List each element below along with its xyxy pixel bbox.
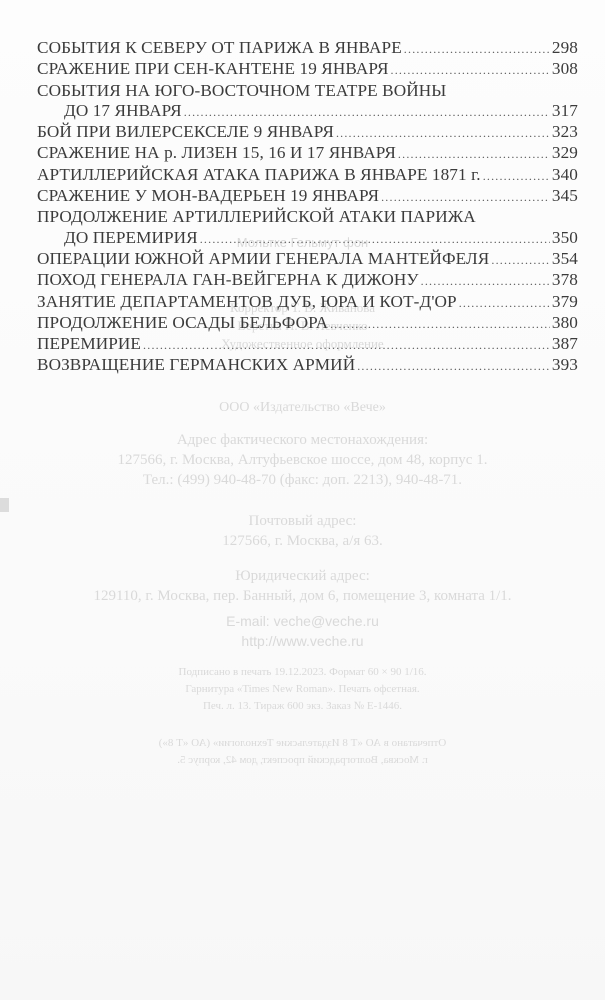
toc-entry-title: ПРОДОЛЖЕНИЕ ОСАДЫ БЕЛЬФОРА xyxy=(37,313,328,333)
toc-entry[interactable]: ПЕРЕМИРИЕ387 xyxy=(37,334,578,355)
toc-entry-title: СРАЖЕНИЕ НА р. ЛИЗЕН 15, 16 И 17 ЯНВАРЯ xyxy=(37,143,396,163)
book-page: Мольтке Гельмут фон Корректор Т. В. Жива… xyxy=(0,0,605,1000)
show-through-line: Юридический адрес: xyxy=(0,568,605,585)
toc-dot-leader xyxy=(143,335,550,355)
toc-page-number: 298 xyxy=(552,38,578,58)
toc-page-number: 329 xyxy=(552,143,578,163)
show-through-line: Адрес фактического местонахождения: xyxy=(0,432,605,449)
page-edge-mark xyxy=(0,498,9,512)
toc-page-number: 323 xyxy=(552,122,578,142)
toc-entry[interactable]: ПОХОД ГЕНЕРАЛА ГАН-ВЕЙГЕРНА К ДИЖОНУ378 xyxy=(37,270,578,291)
show-through-line: 127566, г. Москва, Алтуфьевское шоссе, д… xyxy=(0,452,605,469)
toc-entry-title: АРТИЛЛЕРИЙСКАЯ АТАКА ПАРИЖА В ЯНВАРЕ 187… xyxy=(37,165,481,185)
toc-entry-title: СОБЫТИЯ НА ЮГО-ВОСТОЧНОМ ТЕАТРЕ ВОЙНЫ xyxy=(37,81,446,100)
show-through-line: E-mail: veche@veche.ru xyxy=(0,613,605,629)
toc-page-number: 345 xyxy=(552,186,578,206)
toc-entry[interactable]: СОБЫТИЯ НА ЮГО-ВОСТОЧНОМ ТЕАТРЕ ВОЙНЫДО … xyxy=(37,81,578,123)
toc-page-number: 340 xyxy=(552,165,578,185)
toc-entry-title: ПРОДОЛЖЕНИЕ АРТИЛЛЕРИЙСКОЙ АТАКИ ПАРИЖА xyxy=(37,207,476,226)
show-through-line: ООО «Издательство «Вече» xyxy=(0,400,605,416)
toc-entry-title: БОЙ ПРИ ВИЛЕРСЕКСЕЛЕ 9 ЯНВАРЯ xyxy=(37,122,334,142)
show-through-line: Подписано в печать 19.12.2023. Формат 60… xyxy=(0,666,605,678)
show-through-line: 129110, г. Москва, пер. Банный, дом 6, п… xyxy=(0,588,605,605)
toc-entry-title-continuation: ДО ПЕРЕМИРИЯ xyxy=(64,228,198,248)
toc-dot-leader xyxy=(404,39,550,59)
toc-page-number: 317 xyxy=(552,101,578,121)
toc-dot-leader xyxy=(459,293,550,313)
toc-dot-leader xyxy=(330,314,550,334)
toc-entry[interactable]: ПРОДОЛЖЕНИЕ ОСАДЫ БЕЛЬФОРА380 xyxy=(37,313,578,334)
toc-entry[interactable]: СРАЖЕНИЕ НА р. ЛИЗЕН 15, 16 И 17 ЯНВАРЯ3… xyxy=(37,143,578,164)
show-through-line: Печ. л. 13. Тираж 600 экз. Заказ № Е-144… xyxy=(0,700,605,712)
toc-entry[interactable]: СРАЖЕНИЕ ПРИ СЕН-КАНТЕНЕ 19 ЯНВАРЯ308 xyxy=(37,59,578,80)
toc-dot-leader xyxy=(381,187,550,207)
show-through-line: Гарнитура «Times New Roman». Печать офсе… xyxy=(0,683,605,695)
toc-entry[interactable]: СРАЖЕНИЕ У МОН-ВАДЕРЬЕН 19 ЯНВАРЯ345 xyxy=(37,186,578,207)
toc-page-number: 379 xyxy=(552,292,578,312)
toc-entry[interactable]: ОПЕРАЦИИ ЮЖНОЙ АРМИИ ГЕНЕРАЛА МАНТЕЙФЕЛЯ… xyxy=(37,249,578,270)
toc-dot-leader xyxy=(391,60,550,80)
toc-entry[interactable]: СОБЫТИЯ К СЕВЕРУ ОТ ПАРИЖА В ЯНВАРЕ298 xyxy=(37,38,578,59)
toc-entry[interactable]: ВОЗВРАЩЕНИЕ ГЕРМАНСКИХ АРМИЙ393 xyxy=(37,355,578,376)
toc-entry[interactable]: ЗАНЯТИЕ ДЕПАРТАМЕНТОВ ДУБ, ЮРА И КОТ-Д'О… xyxy=(37,292,578,313)
toc-page-number: 380 xyxy=(552,313,578,333)
toc-entry[interactable]: АРТИЛЛЕРИЙСКАЯ АТАКА ПАРИЖА В ЯНВАРЕ 187… xyxy=(37,165,578,186)
toc-entry-title: СОБЫТИЯ К СЕВЕРУ ОТ ПАРИЖА В ЯНВАРЕ xyxy=(37,38,402,58)
toc-page-number: 393 xyxy=(552,355,578,375)
toc-dot-leader xyxy=(483,166,550,186)
show-through-line: Тел.: (499) 940-48-70 (факс: доп. 2213),… xyxy=(0,472,605,489)
toc-entry-title: СРАЖЕНИЕ У МОН-ВАДЕРЬЕН 19 ЯНВАРЯ xyxy=(37,186,379,206)
toc-dot-leader xyxy=(336,123,550,143)
show-through-line: Почтовый адрес: xyxy=(0,513,605,530)
toc-entry-title: ПЕРЕМИРИЕ xyxy=(37,334,141,354)
toc-entry-title: ЗАНЯТИЕ ДЕПАРТАМЕНТОВ ДУБ, ЮРА И КОТ-Д'О… xyxy=(37,292,457,312)
toc-dot-leader xyxy=(398,144,550,164)
toc-page-number: 378 xyxy=(552,270,578,290)
show-through-line: http://www.veche.ru xyxy=(0,633,605,649)
toc-page-number: 387 xyxy=(552,334,578,354)
toc-dot-leader xyxy=(421,271,550,291)
toc-entry-title: ОПЕРАЦИИ ЮЖНОЙ АРМИИ ГЕНЕРАЛА МАНТЕЙФЕЛЯ xyxy=(37,249,489,269)
toc-dot-leader xyxy=(200,229,550,249)
toc-page-number: 308 xyxy=(552,59,578,79)
toc-entry[interactable]: БОЙ ПРИ ВИЛЕРСЕКСЕЛЕ 9 ЯНВАРЯ323 xyxy=(37,122,578,143)
toc-entry-title-continuation: ДО 17 ЯНВАРЯ xyxy=(64,101,182,121)
toc-page-number: 354 xyxy=(552,249,578,269)
toc-entry-title: ВОЗВРАЩЕНИЕ ГЕРМАНСКИХ АРМИЙ xyxy=(37,355,355,375)
toc-dot-leader xyxy=(357,356,550,376)
show-through-line: 127566, г. Москва, а/я 63. xyxy=(0,533,605,550)
show-through-line: Отпечатано в АО «Т 8 Издательские Технол… xyxy=(0,737,605,749)
toc-page-number: 350 xyxy=(552,228,578,248)
toc-entry-title: СРАЖЕНИЕ ПРИ СЕН-КАНТЕНЕ 19 ЯНВАРЯ xyxy=(37,59,389,79)
toc-entry-title: ПОХОД ГЕНЕРАЛА ГАН-ВЕЙГЕРНА К ДИЖОНУ xyxy=(37,270,419,290)
show-through-line: г. Москва, Волгоградский проспект, дом 4… xyxy=(0,754,605,766)
toc-dot-leader xyxy=(491,250,550,270)
toc-dot-leader xyxy=(184,102,550,122)
toc-entry[interactable]: ПРОДОЛЖЕНИЕ АРТИЛЛЕРИЙСКОЙ АТАКИ ПАРИЖАД… xyxy=(37,207,578,249)
table-of-contents: СОБЫТИЯ К СЕВЕРУ ОТ ПАРИЖА В ЯНВАРЕ298СР… xyxy=(37,38,578,377)
